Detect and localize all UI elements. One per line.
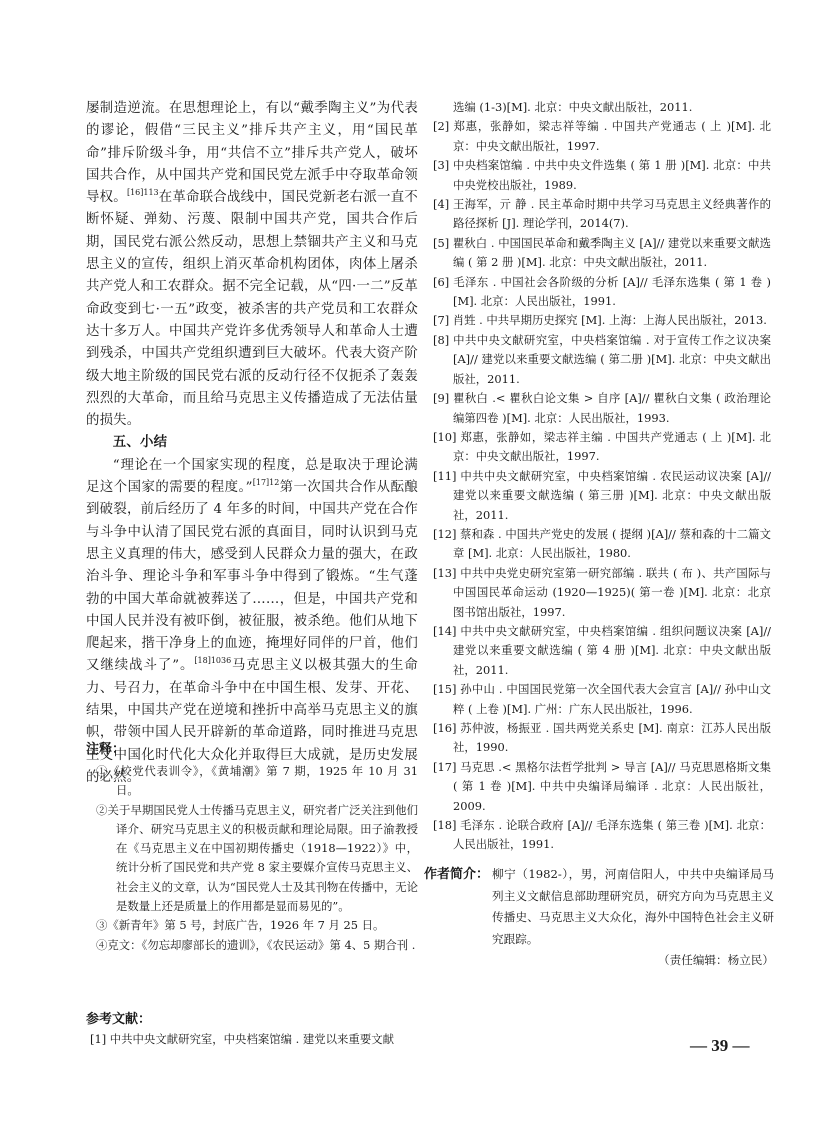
section-heading: 五、小结 [86, 432, 418, 454]
reference-item: [7] 肖甡 . 中共早期历史探究 [M]. 上海：上海人民出版社，2013. [429, 311, 771, 330]
reference-item: [6] 毛泽东 . 中国社会各阶级的分析 [A]// 毛泽东选集 ( 第 1 卷… [429, 273, 771, 312]
reference-item: [18] 毛泽东 . 论联合政府 [A]// 毛泽东选集 ( 第三卷 )[M].… [429, 816, 771, 855]
notes-section: 注释： ①《校党代表训令》，《黄埔潮》第 7 期，1925 年 10 月 31 … [86, 740, 418, 955]
reference-item: [9] 瞿秋白 .< 瞿秋白论文集 > 自序 [A]// 瞿秋白文集 ( 政治理… [429, 389, 771, 428]
note-item: ④克文：《勿忘却廖部长的遗训》，《农民运动》第 4、5 期合刊 . [86, 936, 418, 955]
paragraph-text: 第一次国共合作从酝酿到破裂，前后经历了 4 年多的时间，中国共产党在合作与斗争中… [86, 480, 418, 673]
references-list: [2] 郑惠，张静如，梁志祥等编 . 中国共产党通志 ( 上 )[M]. 北京：… [429, 117, 771, 854]
author-text: 柳宁（1982-），男，河南信阳人，中共中央编译局马列主义文献信息部助理研究员，… [492, 864, 774, 950]
reference-item: [5] 瞿秋白 . 中国国民革命和戴季陶主义 [A]// 建党以来重要文献选编 … [429, 234, 771, 273]
body-paragraph: 屡制造逆流。在思想理论上，有以“戴季陶主义”为代表的谬论，假借“三民主义”排斥共… [86, 98, 418, 432]
reference-item: [16] 苏仲波，杨振亚 . 国共两党关系史 [M]. 南京：江苏人民出版社，1… [429, 719, 771, 758]
reference-item: [17] 马克思 .< 黑格尔法哲学批判 > 导言 [A]// 马克思恩格斯文集… [429, 758, 771, 816]
citation: [17]12 [253, 478, 280, 487]
reference-item: [4] 王海军，亓 静 . 民主革命时期中共学习马克思主义经典著作的路径探析 [… [429, 195, 771, 234]
reference-item: [8] 中共中央文献研究室，中央档案馆编 . 对于宣传工作之议决案 [A]// … [429, 331, 771, 389]
reference-item: [2] 郑惠，张静如，梁志祥等编 . 中国共产党通志 ( 上 )[M]. 北京：… [429, 117, 771, 156]
references-section: 参考文献： [1] 中共中央文献研究室，中央档案馆编 . 建党以来重要文献 [86, 1010, 418, 1049]
reference-item: [1] 中共中央文献研究室，中央档案馆编 . 建党以来重要文献 [86, 1030, 418, 1049]
note-item: ②关于早期国民党人士传播马克思主义，研究者广泛关注到他们译介、研究马克思主义的积… [86, 801, 418, 917]
page-number: — 39 — [690, 1036, 750, 1056]
main-text-column: 屡制造逆流。在思想理论上，有以“戴季陶主义”为代表的谬论，假借“三民主义”排斥共… [86, 98, 418, 789]
reference-item: [13] 中共中央党史研究室第一研究部编 . 联共 ( 布 )、共产国际与中国国… [429, 564, 771, 622]
reference-item: [3] 中央档案馆编 . 中共中央文件选集 ( 第 1 册 )[M]. 北京：中… [429, 156, 771, 195]
citation: [16]113 [127, 188, 159, 197]
references-list-start: [1] 中共中央文献研究室，中央档案馆编 . 建党以来重要文献 [86, 1030, 418, 1049]
note-item: ③《新青年》第 5 号，封底广告，1926 年 7 月 25 日。 [86, 916, 418, 935]
notes-label: 注释： [86, 740, 418, 760]
author-label: 作者简介： [424, 864, 489, 886]
paragraph-text: 在革命联合战线中，国民党新老右派一直不断怀疑、弹劾、污蔑、限制中国共产党，国共合… [86, 190, 418, 428]
author-bio: 作者简介： 柳宁（1982-），男，河南信阳人，中共中央编译局马列主义文献信息部… [424, 864, 774, 972]
editor-credit: （责任编辑：杨立民） [424, 950, 774, 972]
notes-list: ①《校党代表训令》，《黄埔潮》第 7 期，1925 年 10 月 31 日。 ②… [86, 762, 418, 955]
citation: [18]1036 [194, 656, 231, 665]
references-column: 选编 (1-3)[M]. 北京：中央文献出版社，2011. [2] 郑惠，张静如… [429, 98, 771, 855]
note-item: ①《校党代表训令》，《黄埔潮》第 7 期，1925 年 10 月 31 日。 [86, 762, 418, 801]
reference-item: [15] 孙中山 . 中国国民党第一次全国代表大会宣言 [A]// 孙中山文粹 … [429, 680, 771, 719]
reference-item: [11] 中共中央文献研究室，中央档案馆编 . 农民运动议决案 [A]// 建党… [429, 467, 771, 525]
reference-continuation: 选编 (1-3)[M]. 北京：中央文献出版社，2011. [429, 98, 771, 117]
reference-item: [12] 蔡和森 . 中国共产党史的发展 ( 提纲 )[A]// 蔡和森的十二篇… [429, 525, 771, 564]
references-label: 参考文献： [86, 1010, 418, 1030]
reference-item: [10] 郑惠，张静如，梁志祥主编 . 中国共产党通志 ( 上 )[M]. 北京… [429, 428, 771, 467]
reference-item: [14] 中共中央文献研究室，中央档案馆编 . 组织问题议决案 [A]// 建党… [429, 622, 771, 680]
